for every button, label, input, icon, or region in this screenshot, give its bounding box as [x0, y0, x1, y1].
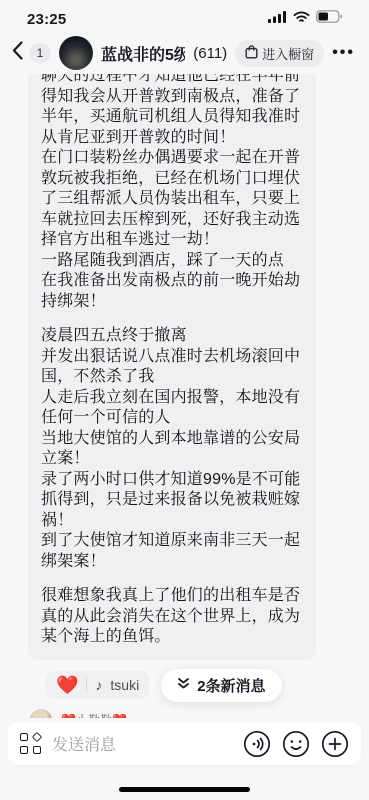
new-messages-pill[interactable]: 2条新消息 [161, 669, 281, 702]
enter-showcase-label: 进入橱窗 [262, 44, 314, 63]
message-paragraph: 凌晨四五点终于撤离 [41, 326, 303, 347]
voice-message-icon[interactable] [243, 730, 271, 758]
message-paragraph: 在门口装粉丝办偶遇要求一起在开普敦玩被我拒绝，已经在机场门口埋伏了三组帮派人员伪… [41, 148, 303, 251]
username-label: ❤️小勒勒❤️ [61, 711, 127, 718]
music-note-icon: ♪ [95, 677, 102, 693]
chat-header: 1 蓝战非的5级粉丝... (611) 进入橱窗 ••• [0, 32, 369, 74]
shopping-bag-icon [245, 45, 258, 62]
message-paragraph: 一路尾随我到酒店，踩了一天的点 [41, 251, 303, 272]
message-paragraph: 在我准备出发南极点的前一晚开始劫持绑架！ [41, 271, 303, 312]
message-input[interactable]: 发送消息 [52, 732, 232, 755]
new-messages-label: 2条新消息 [197, 675, 265, 696]
message-paragraph: 并发出狠话说八点准时去机场滚回中国，不然杀了我 [41, 347, 303, 388]
phone-screen: 23:25 [0, 0, 369, 800]
chevron-left-icon [12, 41, 23, 65]
home-indicator[interactable] [119, 787, 250, 792]
reactor-name: tsuki [110, 677, 139, 693]
more-options-button[interactable]: ••• [332, 44, 355, 62]
composer-bar: 发送消息 [0, 718, 369, 800]
message-paragraph: 聊天的过程中才知道他已经在半年前得知我会从开普敦到南极点，准备了半年，买通航司机… [41, 74, 303, 148]
user-avatar[interactable] [30, 709, 52, 719]
unread-count-badge: 1 [29, 43, 51, 63]
next-message-row: ❤️小勒勒❤️ [30, 709, 369, 719]
received-message-bubble[interactable]: 聊天的过程中才知道他已经在半年前得知我会从开普敦到南极点，准备了半年，买通航司机… [28, 74, 316, 660]
heart-reaction-emoji: ❤️ [56, 676, 78, 694]
double-chevron-down-icon [177, 677, 190, 694]
plus-icon[interactable] [321, 730, 349, 758]
divider [86, 678, 87, 692]
back-button[interactable]: 1 [12, 41, 51, 65]
message-paragraph: 当地大使馆的人到本地靠谱的公安局立案！ [41, 429, 303, 470]
emoji-panel-icon[interactable] [20, 733, 41, 754]
enter-showcase-button[interactable]: 进入橱窗 [235, 40, 324, 67]
status-bar: 23:25 [0, 0, 369, 32]
smiley-icon[interactable] [282, 730, 310, 758]
wifi-icon [293, 10, 310, 28]
chat-scroll-area[interactable]: 聊天的过程中才知道他已经在半年前得知我会从开普敦到南极点，准备了半年，买通航司机… [0, 74, 369, 718]
group-title: 蓝战非的5级粉丝... [101, 42, 185, 65]
message-paragraph: 人走后我立刻在国内报警，本地没有任何一个可信的人 [41, 388, 303, 429]
message-paragraph: 录了两小时口供才知道99%是不可能抓得到，只是过来报备以免被栽赃嫁祸！ [41, 470, 303, 532]
clock: 23:25 [27, 11, 66, 28]
message-paragraph: 到了大使馆才知道原来南非三天一起绑架案！ [41, 531, 303, 572]
member-count: (611) [193, 45, 227, 62]
message-reaction-chip[interactable]: ❤️ ♪ tsuki [46, 671, 149, 699]
battery-icon [316, 10, 343, 28]
cellular-signal-icon [268, 10, 287, 28]
group-avatar[interactable] [59, 36, 93, 70]
message-paragraph: 很难想象我真上了他们的出租车是否真的从此会消失在这个世界上，成为某个海上的鱼饵。 [41, 586, 303, 648]
